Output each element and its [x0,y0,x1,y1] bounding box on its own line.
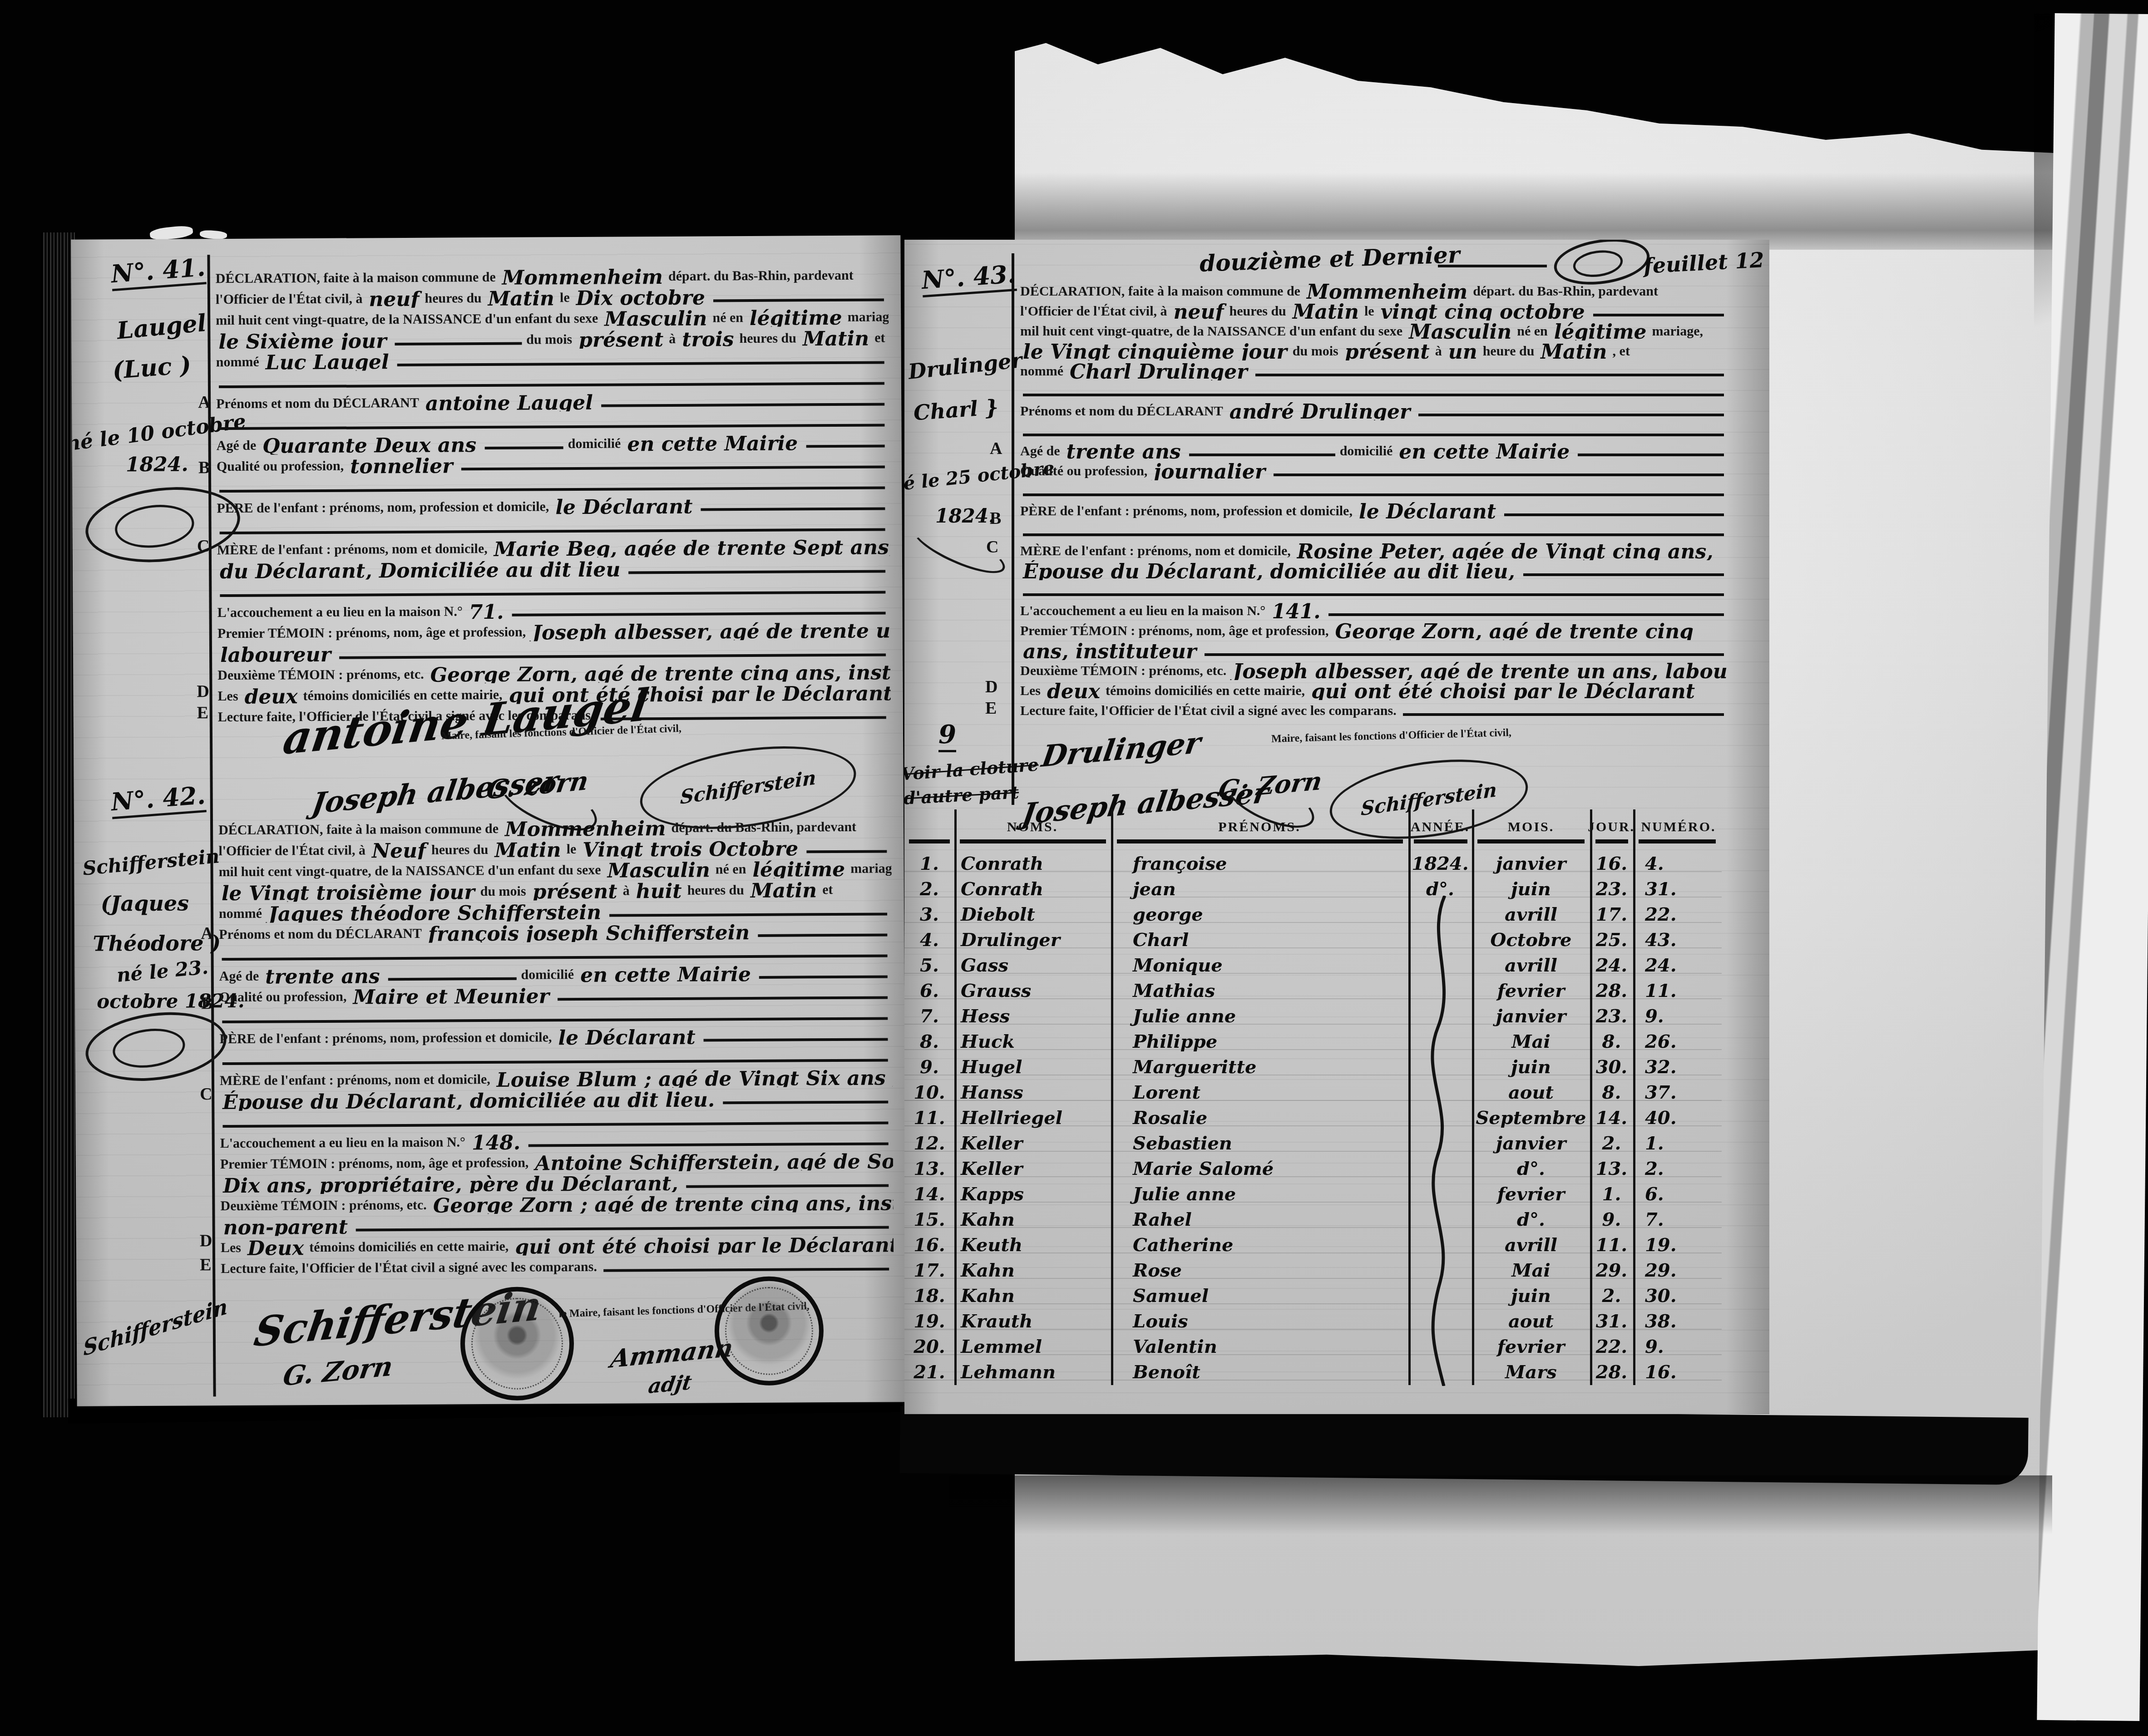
ink-rule [528,1142,889,1147]
ink-rule [1023,533,1724,536]
cell-jour: 2. [1590,1136,1633,1151]
cell-jour: 31. [1590,1314,1633,1329]
act43-margin-name: Drulinger [907,350,1023,382]
printed-text: l'Officier de l'État civil, à [216,292,366,309]
act-line [216,368,889,392]
act-line: nomméJaques théodore Schifferstein [219,898,892,923]
handwritten-text: 71. [466,603,509,621]
printed-text: l'Officier de l'État civil, à [1020,305,1171,321]
handwritten-text: le Vingt troisième jour [219,884,480,902]
handwritten-text: Matin [748,882,822,899]
handwritten-text: Joseph albesser, agé de trente un ans, l… [1230,663,1728,680]
table-row: 4.DrulingerCharlOctobre25.43. [904,923,1722,948]
cell-numero: 38. [1633,1314,1722,1329]
printed-text: PÈRE de l'enfant : prénoms, nom, profess… [217,500,553,518]
handwritten-text: en cette Mairie [624,435,803,453]
printed-text: témoins domiciliés en cette mairie, [309,1240,512,1257]
cell-prenom: Marie Salomé [1111,1162,1408,1176]
table-row: 6.GraussMathiasfevrier28.11. [904,974,1722,999]
cell-nom: Hess [954,1009,1111,1024]
ink-rule [1205,653,1724,656]
handwritten-text: le Déclarant [553,498,698,516]
header-rule [1639,839,1716,843]
cell-jour: 2. [1590,1289,1633,1303]
cell-nom: Hanss [954,1085,1111,1100]
printed-text: témoins domiciliés en cette mairie, [1106,684,1309,700]
printed-text: mil huit cent vingt-quatre, de la NAISSA… [219,863,605,881]
handwritten-text: Quarante Deux ans [260,437,482,455]
handwritten-text: Matin [800,330,874,347]
printed-text: le [560,291,573,307]
handwritten-text: le Déclarant [1356,503,1501,520]
handwritten-text: Mommenheim [499,269,669,286]
cell-no: 9. [904,1060,954,1075]
handwritten-text: légitime [747,309,848,327]
act-line [217,472,889,497]
table-row: 1.Conrathfrançoise1824.janvier16.4. [904,847,1722,872]
cell-nom: Huck [954,1035,1111,1049]
cell-prenom: Louis [1111,1314,1408,1329]
printed-text: Prénoms et nom du DÉCLARANT [219,927,425,944]
act-line: L'accouchement a eu lieu en la maison N.… [220,1128,893,1153]
act-line: du Déclarant, Domiciliée au dit lieu [217,556,890,580]
act-line: Dix ans, propriétaire, père du Déclarant… [220,1170,893,1194]
act-line: Lesdeuxtémoins domiciliés en cette mairi… [1020,680,1728,700]
header-rule [1414,839,1467,843]
cell-prenom: Rosalie [1111,1111,1408,1125]
handwritten-text: non-parent [221,1218,354,1236]
cell-mois: d°. [1472,1213,1590,1227]
table-row: 21.LehmannBenoîtMars28.16. [904,1355,1722,1381]
act-line: Qualité ou profession,tonnelier [217,451,889,476]
act-line: LesDeuxtémoins domiciliés en cette mairi… [221,1233,894,1257]
cell-prenom: Benoît [1111,1365,1408,1380]
table-row: 20.LemmelValentinfevrier22.9. [904,1330,1722,1355]
cell-numero: 22. [1633,907,1722,922]
handwritten-text: Louise Blum ; agé de Vingt Six ans ; [494,1070,893,1089]
cell-mois: Mai [1472,1035,1590,1049]
printed-text: du mois [1293,345,1342,360]
section-letter-e: E [197,703,209,723]
round-stamp [460,1287,574,1401]
section-letter-d: D [197,681,209,701]
cell-mois: aout [1472,1314,1590,1329]
ink-rule [339,653,886,659]
handwritten-text: tonnelier [347,458,458,475]
cell-no: 15. [904,1213,954,1227]
cell-mois: avrill [1472,958,1590,973]
act-line [1020,380,1728,400]
printed-text: MÈRE de l'enfant : prénoms, nom et domic… [220,1073,494,1090]
printed-text: MÈRE de l'enfant : prénoms, nom et domic… [1020,544,1294,560]
handwritten-text: Masculin [605,862,716,879]
cell-nom: Hellriegel [954,1111,1111,1125]
ink-rule [219,486,885,493]
table-row: 7.HessJulie annejanvier23.9. [904,999,1722,1025]
cell-no: 6. [904,984,954,998]
printed-text: départ. du Bas-Rhin, pardevant [668,269,857,286]
act-line: Prénoms et nom du DÉCLARANTfrançois jose… [219,919,892,944]
table-row: 16.KeuthCatherineavrill11.19. [904,1228,1722,1253]
cell-prenom: Rahel [1111,1213,1408,1227]
cell-jour: 24. [1590,958,1633,973]
cell-prenom: jean [1111,882,1408,897]
act-line: Premier TÉMOIN : prénoms, nom, âge et pr… [217,618,890,643]
cell-annee: d°. [1408,882,1472,897]
cell-mois: Mars [1472,1365,1590,1380]
handwritten-text: vingt cinq octobre [1378,304,1590,321]
table-row: 8.HuckPhilippeMai8.26. [904,1025,1722,1050]
act-line [216,409,889,434]
cell-nom: Kapps [954,1187,1111,1202]
handwritten-text: présent [529,883,622,900]
act-line: mil huit cent vingt-quatre, de la NAISSA… [218,857,891,881]
handwritten-text: Épouse du Déclarant, domiciliée au dit l… [1020,563,1521,580]
cell-numero: 32. [1633,1060,1722,1075]
ink-rule [758,933,887,937]
handwritten-text: françois joseph Schifferstein [425,924,755,943]
section-letter-c: C [986,537,998,557]
printed-text: heures du [425,291,485,308]
handwritten-text: ans, instituteur [1020,643,1202,660]
ink-rule [1274,473,1724,476]
cell-jour: 28. [1590,1365,1633,1380]
handwritten-text: Marie Beg, agée de trente Sept ans, Épou… [491,538,890,558]
cell-no: 2. [904,882,954,897]
cell-numero: 9. [1633,1340,1722,1354]
cell-numero: 40. [1633,1111,1722,1125]
cell-mois: avrill [1472,907,1590,922]
handwritten-text: qui ont été choisi par le Déclarant [1309,683,1700,700]
cell-nom: Lehmann [954,1365,1111,1380]
handwritten-text: andré Drulinger [1227,404,1416,420]
printed-text: Prénoms et nom du DÉCLARANT [216,396,423,413]
folio-title: douzième et Dernier [1199,243,1460,275]
act43-number: N°. 43. [921,261,1017,297]
printed-text: Qualité ou profession, [217,459,347,476]
handwritten-text: 148. [469,1134,526,1151]
ink-rule [1403,713,1724,716]
act-line: DÉCLARATION, faite à la maison commune d… [216,263,889,288]
ink-rule [1189,454,1335,456]
cell-prenom: Julie anne [1111,1009,1408,1024]
handwritten-text: deux [1044,683,1106,700]
cell-mois: Septembre [1472,1111,1590,1125]
cell-no: 19. [904,1314,954,1329]
printed-text: et [822,883,836,899]
cell-jour: 17. [1590,907,1633,922]
act-line: Agé detrente ansdomiciliéen cette Mairie [1020,440,1728,460]
col-header-numero: NUMÉRO. [1641,819,1716,835]
act-line: Lecture faite, l'Officier de l'État civi… [1020,700,1728,720]
section-letter-a: A [198,392,211,412]
act-line: mil huit cent vingt-quatre, de la NAISSA… [1020,321,1728,340]
cell-no: 21. [904,1365,954,1380]
act-line: Prénoms et nom du DÉCLARANTandré Druling… [1020,400,1728,420]
printed-text: PÈRE de l'enfant : prénoms, nom, profess… [1020,504,1356,520]
ink-rule [512,612,885,616]
cell-mois: juin [1472,1060,1590,1075]
handwritten-text: le Sixième jour [216,333,392,350]
mayor-paraph-name: Schifferstein [680,768,816,807]
cell-mois: juin [1472,1289,1590,1303]
section-letter-b: B [201,993,213,1013]
handwritten-text: un [1446,344,1483,360]
act-line: Agé detrente ansdomiciliéen cette Mairie [219,961,892,986]
book-left-edge [41,232,76,1417]
act42-number: N°. 42. [110,783,207,819]
cell-mois: fevrier [1472,1187,1590,1202]
act-line: PÈRE de l'enfant : prénoms, nom, profess… [217,493,889,518]
cell-mois: fevrier [1472,1340,1590,1354]
cell-jour: 13. [1590,1162,1633,1176]
handwritten-text: en cette Mairie [1396,444,1575,460]
act-line [217,514,889,538]
ink-rule [222,1017,888,1023]
printed-text: né en [1517,325,1551,340]
printed-text: Les [1020,684,1044,700]
handwritten-text: Dix ans, propriétaire, père du Déclarant… [220,1175,684,1194]
act-line: Épouse du Déclarant, domiciliée au dit l… [220,1086,893,1111]
cell-numero: 2. [1633,1162,1722,1176]
ink-rule [1578,454,1724,456]
act-line: PÈRE de l'enfant : prénoms, nom, profess… [219,1024,892,1048]
ink-rule [601,403,884,407]
handwritten-text: Matin [1290,304,1364,321]
act41-number: N°. 41. [110,255,207,291]
handwritten-text: Jaques théodore Schifferstein [266,904,607,922]
cell-numero: 19. [1633,1238,1722,1253]
act43-margin-note1: Voir la cloture [904,756,1039,783]
cell-nom: Krauth [954,1314,1111,1329]
handwritten-text: neuf [366,291,425,308]
cell-jour: 28. [1590,984,1633,998]
act43-declarant-signature: Drulinger [1040,728,1203,772]
printed-text: né en [716,863,750,878]
act42-margin-name2: (Jaques [101,893,189,914]
cell-nom: Kahn [954,1213,1111,1227]
cell-mois: aout [1472,1085,1590,1100]
printed-text: le [1364,305,1378,321]
round-stamp [714,1276,824,1386]
cell-nom: Conrath [954,857,1111,871]
printed-text: heures du [1229,305,1289,321]
act-line: l'Officier de l'État civil, àNeufheures … [218,836,891,860]
printed-text: heures du [431,843,492,859]
register-scan: N°. 41. Laugel (Luc ) A né le 10 octobre… [0,0,2148,1736]
act-line: le Vingt troisième jourdu moisprésentàhu… [219,878,892,902]
ink-rule [1023,493,1724,496]
act42-witness2-signature: G. Zorn [281,1353,395,1390]
printed-text: domicilié [1340,444,1397,460]
left-page: N°. 41. Laugel (Luc ) A né le 10 octobre… [71,235,906,1406]
cell-numero: 29. [1633,1263,1722,1278]
cell-numero: 1. [1633,1136,1722,1151]
act-line: MÈRE de l'enfant : prénoms, nom et domic… [220,1065,893,1090]
printed-text: du mois [480,885,530,901]
act-line: non-parent [221,1212,894,1236]
act-line: Deuxième TÉMOIN : prénoms, etc.George Zo… [217,660,890,685]
printed-text: domicilié [521,968,578,984]
torn-paper-bit [199,230,227,240]
ink-rule [806,850,887,853]
table-row: 12.KellerSebastienjanvier2.1. [904,1126,1722,1152]
act-line: nomméLuc Laugel [216,347,889,371]
printed-text: mil huit cent vingt-quatre, de la NAISSA… [216,312,602,330]
ink-rule [1418,414,1724,416]
handwritten-text: journalier [1151,464,1271,480]
cell-prenom: Samuel [1111,1289,1408,1303]
cell-jour: 8. [1590,1085,1633,1100]
table-row: 14.KappsJulie annefevrier1.6. [904,1177,1722,1203]
act-line: ans, instituteur [1020,640,1728,660]
act-line [219,940,892,965]
cell-no: 8. [904,1035,954,1049]
table-row: 5.GassMoniqueavrill24.24. [904,948,1722,974]
handwritten-text: Matin [492,842,566,859]
cell-nom: Kahn [954,1263,1111,1278]
act41-body: DÉCLARATION, faite à la maison commune d… [216,263,891,726]
handwritten-text: antoine Laugel [423,394,598,412]
act41-margin-name: Laugel [116,311,207,343]
act42-margin-born: né le 23. [116,958,209,986]
cell-nom: Hugel [954,1060,1111,1075]
act-line: Qualité ou profession,Maire et Meunier [219,982,892,1006]
printed-text: mariage, [1652,325,1707,340]
handwritten-text: neuf [1171,304,1230,321]
ink-rule [1523,573,1724,576]
section-letter-d: D [985,677,997,697]
cell-mois: avrill [1472,1238,1590,1253]
header-rule [909,839,950,843]
cell-nom: Drulinger [954,933,1111,947]
handwritten-text: Luc Laugel [263,354,395,371]
margin-paraph-oval [82,1005,231,1089]
cell-nom: Conrath [954,882,1111,897]
cell-no: 13. [904,1162,954,1176]
printed-text: PÈRE de l'enfant : prénoms, nom, profess… [219,1031,555,1048]
printed-text: à [669,332,679,348]
table-row: 18.KahnSamueljuin2.30. [904,1279,1722,1304]
printed-text: Premier TÉMOIN : prénoms, nom, âge et pr… [220,1156,533,1174]
printed-text: départ. du Bas-Rhin, pardevant [1473,285,1662,301]
ink-rule [686,1184,889,1188]
ink-rule [628,570,885,574]
act-line: laboureur [217,639,890,664]
cell-jour: 22. [1590,1340,1633,1354]
cell-nom: Keller [954,1162,1111,1176]
act-line: Agé deQuarante Deux ansdomiciliéen cette… [217,430,889,455]
printed-text: Agé de [219,970,263,986]
handwritten-text: légitime [750,861,850,878]
cell-no: 14. [904,1187,954,1202]
printed-text: Qualité ou profession, [219,990,350,1007]
printed-text: né en [712,311,747,327]
printed-text: mariage, [848,310,889,326]
act-line: Premier TÉMOIN : prénoms, nom, âge et pr… [1020,620,1728,640]
ink-rule [222,1059,888,1065]
cell-mois: fevrier [1472,984,1590,998]
cell-prenom: Margueritte [1111,1060,1408,1075]
printed-text: DÉCLARATION, faite à la maison commune d… [1020,285,1304,301]
act-line: nomméCharl Drulinger [1020,360,1728,380]
cell-numero: 9. [1633,1009,1722,1024]
printed-text: nommé [216,355,263,372]
cell-nom: Grauss [954,984,1111,998]
cell-jour: 23. [1590,882,1633,897]
printed-text: MÈRE de l'enfant : prénoms, nom et domic… [217,542,491,559]
act-line: DÉCLARATION, faite à la maison commune d… [218,815,891,839]
handwritten-text: Matin [1538,344,1612,360]
printed-text: domicilié [568,437,625,453]
act-line: mil huit cent vingt-quatre, de la NAISSA… [216,305,889,330]
cell-prenom: Philippe [1111,1035,1408,1049]
printed-text: Agé de [1020,444,1063,460]
cell-prenom: Mathias [1111,984,1408,998]
table-row: 19.KrauthLouisaout31.38. [904,1304,1722,1330]
printed-text: Premier TÉMOIN : prénoms, nom, âge et pr… [1020,624,1332,640]
handwritten-text: deux [242,688,303,705]
cell-prenom: Valentin [1111,1340,1408,1354]
act-line [1020,520,1728,540]
handwritten-text: Charl Drulinger [1067,364,1253,380]
cell-numero: 11. [1633,984,1722,998]
act-line: Prénoms et nom du DÉCLARANTantoine Lauge… [216,389,889,413]
table-row: 10.HanssLorentaout8.37. [904,1075,1722,1101]
cell-numero: 4. [1633,857,1722,871]
handwritten-text: Épouse du Déclarant, domiciliée au dit l… [220,1091,720,1111]
act-line: MÈRE de l'enfant : prénoms, nom et domic… [217,535,890,559]
printed-text: mil huit cent vingt-quatre, de la NAISSA… [1020,325,1406,340]
section-letter-a: A [990,439,1002,459]
cell-no: 20. [904,1340,954,1354]
cell-prenom: Catherine [1111,1238,1408,1253]
cell-nom: Keller [954,1136,1111,1151]
printed-text: L'accouchement a eu lieu en la maison N.… [1020,604,1269,620]
act41-margin-born2: 1824. [126,454,188,475]
handwritten-text: Mommenheim [1304,284,1473,301]
cell-mois: janvier [1472,1136,1590,1151]
printed-text: à [1435,345,1446,360]
cell-mois: Mai [1472,1263,1590,1278]
printed-text: Deuxième TÉMOIN : prénoms, etc. [220,1198,430,1215]
act43-margin-mark: 9 [938,722,956,752]
col-header-mois: MOIS. [1508,819,1555,835]
ink-rule [704,1038,888,1041]
sheet-shadow-top [1015,173,2054,250]
section-letter-d: D [200,1231,212,1251]
act-line [1020,420,1728,440]
handwritten-text: Dix octobre [573,289,711,307]
act-line [1020,580,1728,600]
cell-annee: 1824. [1408,857,1472,871]
section-letter-a: A [201,923,213,943]
ink-rule [713,298,884,302]
printed-text: heure du [1483,345,1538,360]
cell-prenom: françoise [1111,857,1408,871]
ink-rule [461,465,885,470]
index-table: NOMS. PRÉNOMS. ANNÉE. MOIS. JOUR. NUMÉRO… [904,809,1722,1388]
handwritten-text: Antoine Schifferstein, agé de Soixante [532,1153,893,1172]
cell-mois: d°. [1472,1162,1590,1176]
act43-body: DÉCLARATION, faite à la maison commune d… [1020,281,1728,720]
cell-no: 3. [904,907,954,922]
act-line: Épouse du Déclarant, domiciliée au dit l… [1020,560,1728,580]
printed-text: Prénoms et nom du DÉCLARANT [1020,404,1227,420]
cell-prenom: Rose [1111,1263,1408,1278]
col-header-annee: ANNÉE. [1411,819,1470,835]
cell-no: 18. [904,1289,954,1303]
